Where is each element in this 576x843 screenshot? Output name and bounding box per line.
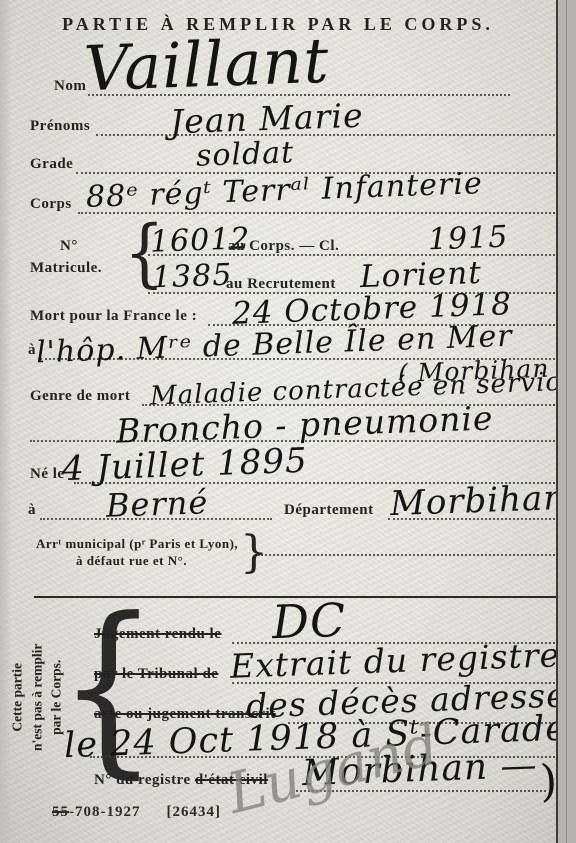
arrondissement-line	[258, 554, 555, 556]
prenoms-value: Jean Marie	[169, 99, 364, 139]
form-reference: 55-708-1927[26434]	[52, 804, 221, 821]
form-reference-bracket: [26434]	[167, 804, 222, 820]
corps-value: 88ᵉ régᵗ Terrᵃˡ Infanterie	[86, 169, 484, 213]
scan-right-margin	[558, 0, 576, 843]
scan-right-edge-line	[566, 0, 567, 843]
tribunal-value: Extrait du registre	[230, 638, 561, 682]
jugement-rendu-value: DC	[271, 597, 347, 646]
form-reference-number: -708-1927	[69, 804, 141, 820]
nom-value: Vaillant	[83, 30, 330, 101]
matricule-label-line2: Matricule.	[30, 260, 102, 277]
registre-label-text: N° du registre	[94, 772, 195, 788]
nom-label: Nom	[54, 78, 86, 95]
arrondissement-label-line1: Arrᵗ municipal (pʳ Paris et Lyon),	[36, 536, 238, 552]
military-death-record-card: PARTIE À REMPLIR PAR LE CORPS. Nom Vaill…	[0, 0, 576, 843]
ne-le-value: 4 Juillet 1895	[61, 444, 308, 487]
matricule-corps-printed: au Corps. — Cl.	[228, 238, 339, 255]
departement-label: Département	[284, 502, 374, 519]
lieu-naissance-value: Berné	[105, 486, 208, 522]
ne-le-label: Né le	[30, 466, 65, 483]
lieu-mort-label: à	[28, 342, 36, 359]
form-reference-struck: 55	[52, 804, 69, 820]
lieu-naissance-label: à	[28, 502, 36, 519]
departement-value: Morbihan	[389, 481, 566, 521]
mort-label: Mort pour la France le :	[30, 308, 197, 325]
arrondissement-label-line2: à défaut rue et N°.	[76, 553, 187, 569]
grade-value: soldat	[196, 138, 295, 171]
matricule-recrutement-value: 1385	[152, 261, 233, 294]
genre-mort-label: Genre de mort	[30, 388, 130, 405]
tribunal-label: par le Tribunal de	[94, 666, 218, 683]
arrondissement-brace: }	[240, 531, 268, 575]
grade-label: Grade	[30, 156, 73, 173]
jugement-rendu-label: Jugement rendu le	[94, 626, 221, 643]
matricule-classe-value: 1915	[428, 223, 509, 256]
matricule-label-line1: N°	[60, 238, 78, 255]
matricule-recrutement-printed: au Recrutement	[226, 276, 336, 293]
prenoms-label: Prénoms	[30, 118, 90, 135]
corps-label: Corps	[30, 196, 72, 213]
